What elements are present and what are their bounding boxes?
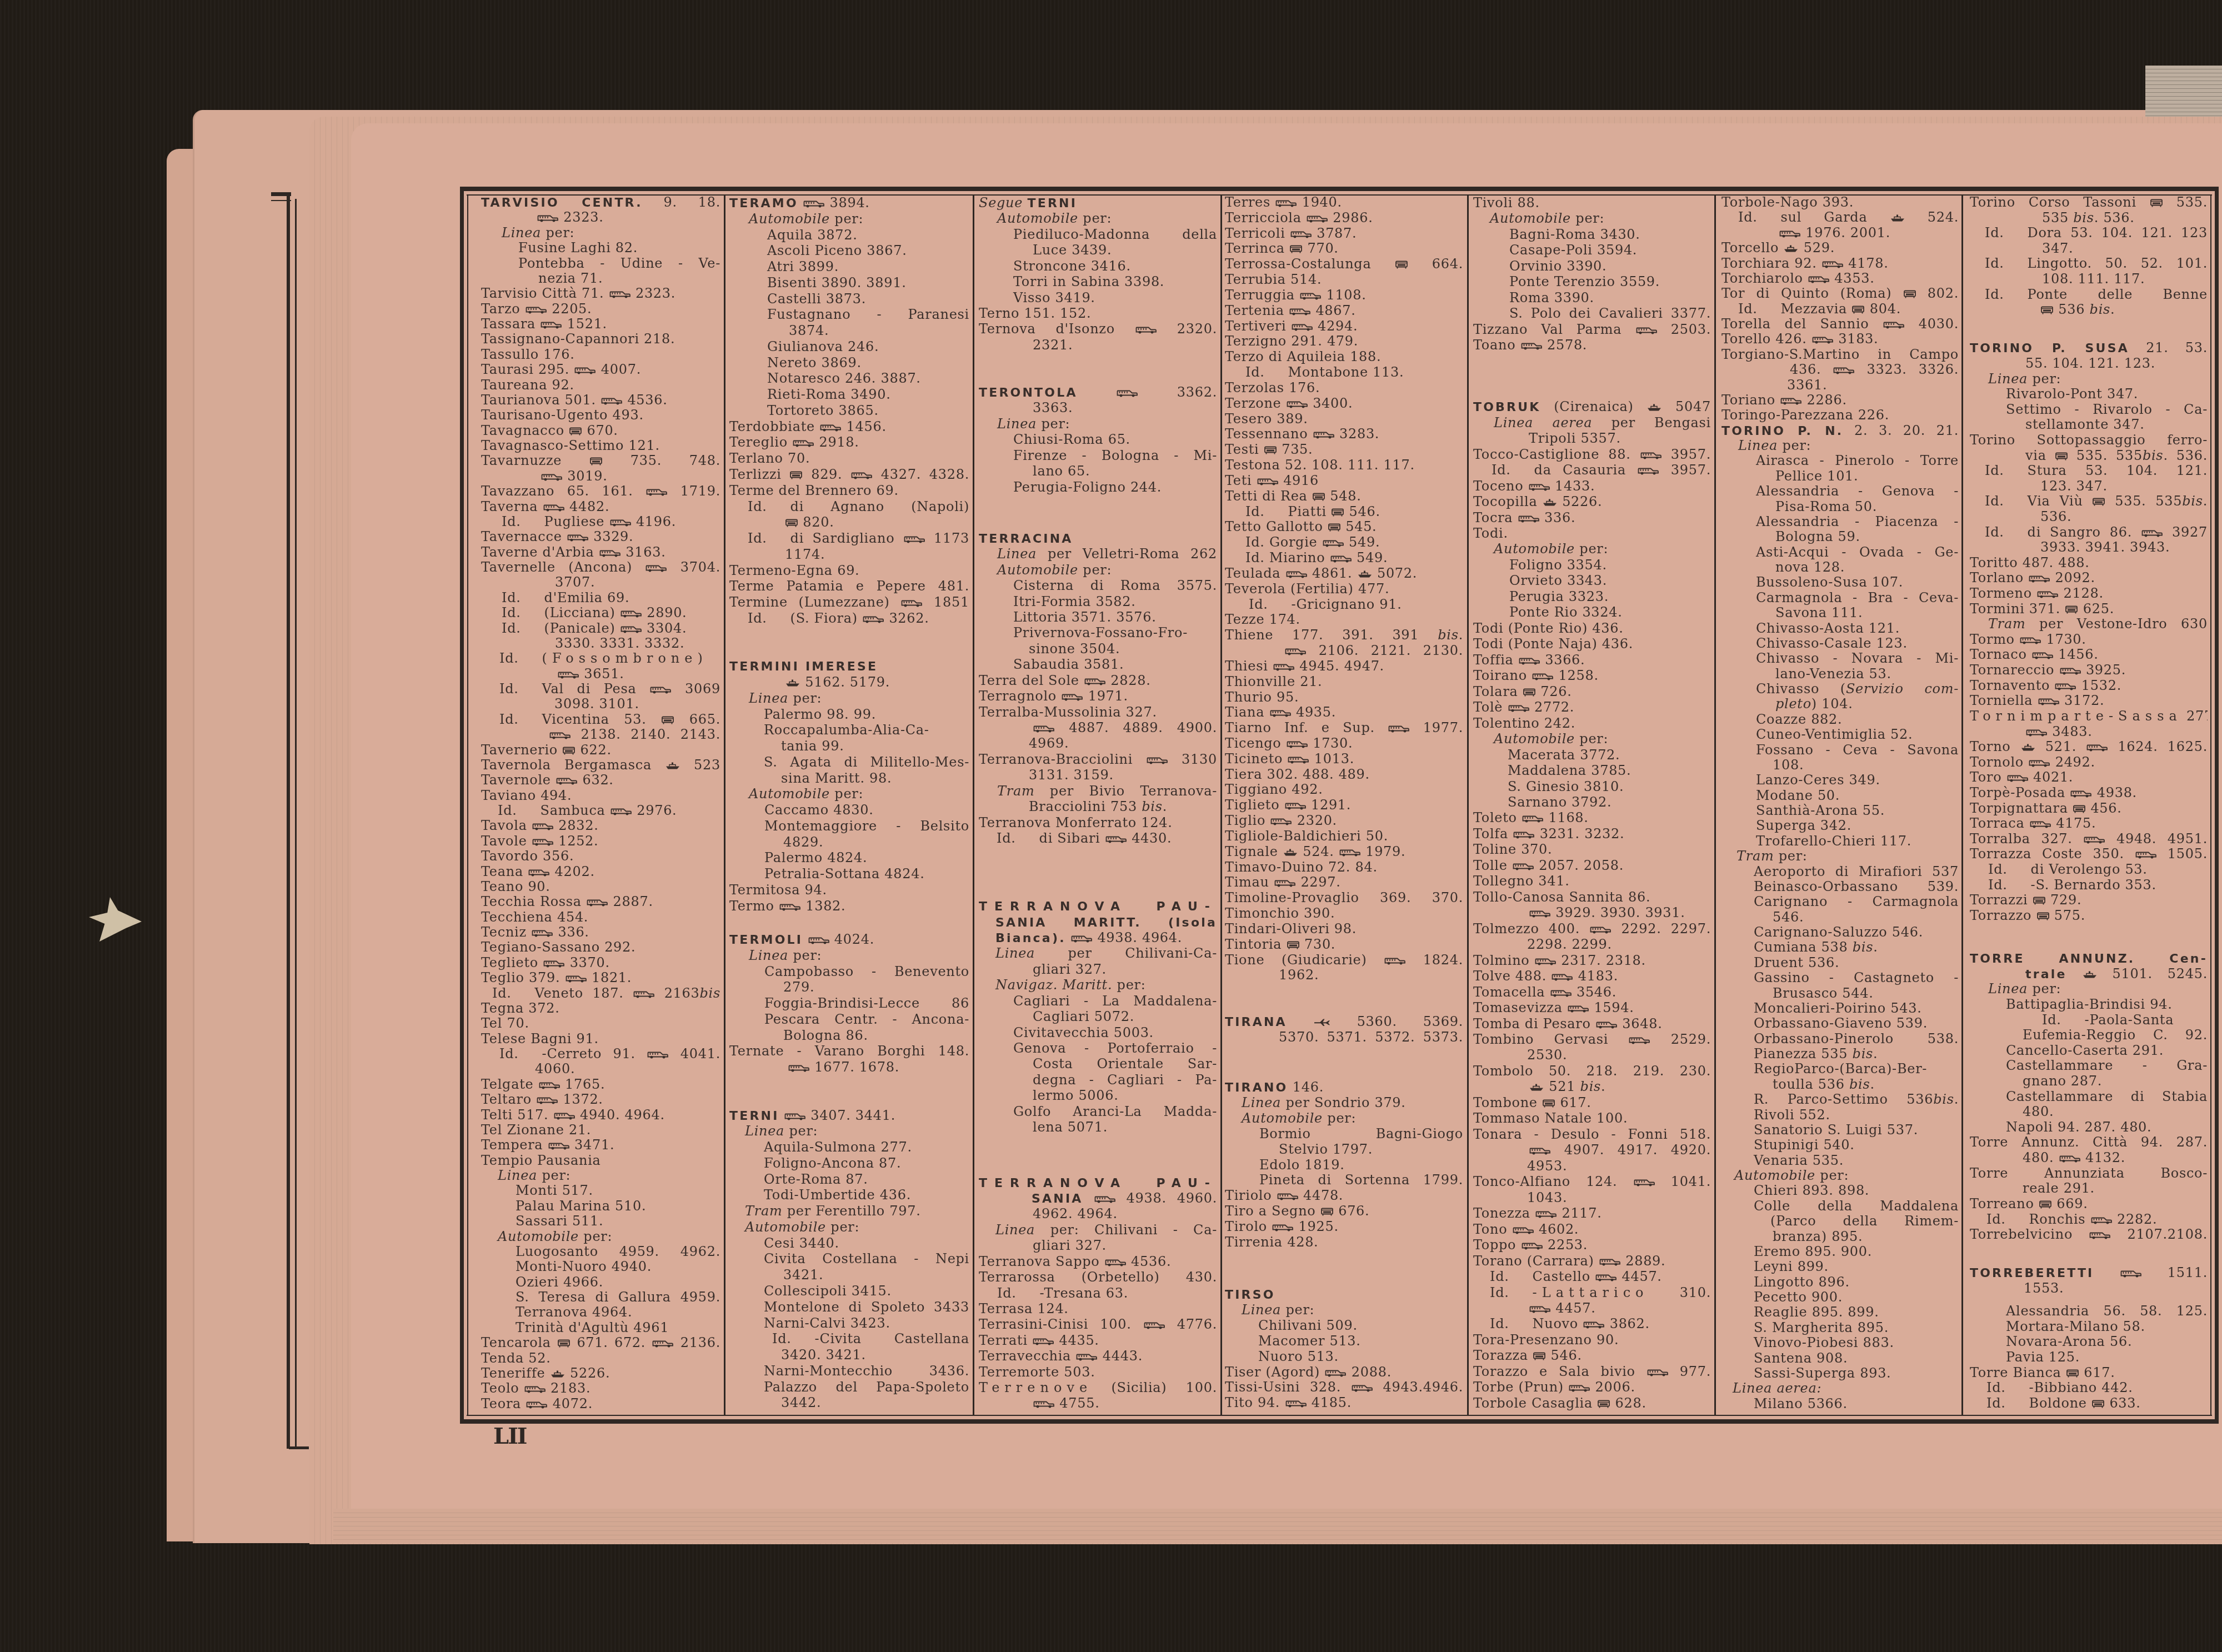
- index-entry: Tormo 1730.: [1970, 632, 2208, 648]
- index-subentry: Sassi-Superga 893.: [1721, 1366, 1959, 1381]
- index-subentry: Id.-S. Bernardo 353.: [1970, 878, 2208, 893]
- tram-icon: [2066, 1369, 2079, 1378]
- bus-icon: [1285, 1400, 1307, 1408]
- tram-icon: [2065, 605, 2078, 614]
- index-subentry: lano-Venezia 53.: [1721, 667, 1959, 682]
- bus-icon: [1569, 1384, 1590, 1392]
- index-entry: Todi.: [1473, 525, 1711, 541]
- index-entry: Ternova d'Isonzo 2320.: [979, 321, 1217, 337]
- index-subentry: Narni-Montecchio 3436.: [729, 1363, 969, 1379]
- bus-icon: [543, 960, 564, 968]
- bus-icon: [1535, 1210, 1557, 1218]
- index-entry: Teolo 2183.: [481, 1381, 720, 1396]
- heading-text: TERNI: [729, 1109, 779, 1123]
- index-entry: Terrenove (Sicilia) 100.: [979, 1380, 1217, 1395]
- bus-icon: [610, 519, 631, 527]
- index-entry: Tezze 174.: [1225, 612, 1463, 628]
- tram-icon: [2033, 897, 2045, 905]
- index-subentry: Id.Veneto 187. 2163bis: [481, 986, 720, 1001]
- station-heading: SANIA 4938. 4960.: [979, 1190, 1217, 1206]
- index-entry: Tertiveri 4294.: [1225, 319, 1463, 334]
- heading-text: trale: [2025, 968, 2067, 982]
- tram-icon: [1332, 508, 1344, 517]
- index-entry: Terrasa 124.: [979, 1301, 1217, 1316]
- index-entry: Torbe (Prun) 2006.: [1473, 1379, 1711, 1395]
- index-subentry: Ozieri 4966.: [481, 1275, 720, 1290]
- ship-icon: [1543, 499, 1557, 507]
- italic-label: bis: [700, 986, 720, 1001]
- index-entry: Tolara 726.: [1473, 684, 1711, 699]
- index-subentry: Macomer 513.: [1225, 1334, 1463, 1349]
- spaced-text: (Fossombrone): [542, 651, 708, 666]
- index-entry: Tormeno 2128.: [1970, 586, 2208, 602]
- tram-icon: [2092, 1400, 2104, 1408]
- index-subentry: Cagliari 5072.: [979, 1009, 1217, 1024]
- index-subentry: 4962. 4964.: [979, 1206, 1217, 1222]
- index-subentry: 4457.: [1473, 1300, 1711, 1316]
- index-entry: Timonchio 390.: [1225, 906, 1463, 922]
- index-entry: Tavernacce 3329.: [481, 529, 720, 544]
- ship-icon: [2021, 744, 2035, 752]
- station-heading: TERAMO 3894.: [729, 195, 969, 211]
- index-subentry: Id.-Paola-Santa: [1970, 1013, 2208, 1028]
- bus-icon: [1522, 1242, 1543, 1250]
- index-subentry: Automobile per:: [979, 211, 1217, 226]
- index-subentry: Id.-Gricignano 91.: [1225, 597, 1463, 613]
- index-entry: Taurisano-Ugento 493.: [481, 408, 720, 423]
- index-subentry: S. Ginesio 3810.: [1473, 779, 1711, 794]
- index-entry: Torre Annunz. Città 94. 287.: [1970, 1135, 2208, 1150]
- index-subentry: pleto) 104.: [1721, 697, 1959, 712]
- bus-icon: [2141, 529, 2163, 537]
- tram-icon: [1598, 1400, 1610, 1408]
- heading-text: TIRANA: [1225, 1015, 1287, 1029]
- tram-icon: [785, 519, 798, 527]
- bus-icon: [1330, 555, 1352, 563]
- box-border-left-inner: [467, 194, 468, 1415]
- index-subentry: 3420. 3421.: [729, 1347, 969, 1363]
- index-entry: Torre Bianca 617.: [1970, 1365, 2208, 1381]
- heading-text: Bianca).: [995, 932, 1066, 945]
- bus-icon: [1352, 1384, 1373, 1392]
- bus-icon: [599, 549, 620, 557]
- spaced-text: Terrenove: [979, 1380, 1092, 1395]
- index-subentry: Linea per:: [481, 1168, 720, 1183]
- bus-icon: [1076, 1353, 1097, 1361]
- index-entry: Tor di Quinto (Roma) 802.: [1721, 286, 1959, 301]
- bus-icon: [646, 488, 667, 496]
- index-subentry: Campobasso - Benevento: [729, 964, 969, 980]
- index-subentry: Id.-Lattarico 310.: [1473, 1285, 1711, 1300]
- index-subentry: Chivasso (Servizio com-: [1721, 682, 1959, 697]
- index-entry: Tissi-Usini 328. 4943.4946.: [1225, 1380, 1463, 1395]
- index-subentry: Id. Miarino 549.: [1225, 550, 1463, 566]
- index-subentry: Id.Stura 53. 104. 121.: [1970, 463, 2208, 479]
- index-subentry: 480.: [1970, 1104, 2208, 1120]
- index-entry: Teora 4072.: [481, 1396, 720, 1411]
- index-subentry: 123. 347.: [1970, 479, 2208, 494]
- bus-icon: [1535, 958, 1556, 965]
- index-subentry: Foligno-Ancona 87.: [729, 1155, 969, 1172]
- bus-icon: [2055, 683, 2076, 690]
- index-entry: Tonara - Desulo - Fonni 518.: [1473, 1127, 1711, 1142]
- index-entry: Thionville 21.: [1225, 674, 1463, 690]
- index-column-3: Segue TERNIAutomobile per:Piediluco-Mado…: [979, 195, 1217, 1411]
- index-subentry: 535 bis. 536.: [1970, 211, 2208, 226]
- heading-text: TERRACINA: [979, 532, 1073, 546]
- index-entry: Teti 4916: [1225, 473, 1463, 489]
- heading-text: TERONTOLA: [979, 386, 1078, 400]
- index-entry: Taverna 4482.: [481, 499, 720, 514]
- index-subentry: Moncalieri-Poirino 543.: [1721, 1001, 1959, 1016]
- index-entry: Tesero 389.: [1225, 412, 1463, 427]
- index-subentry: 2298. 2299.: [1473, 937, 1711, 952]
- index-subentry: Linea per:: [1970, 982, 2208, 997]
- index-entry: Terrati 4435.: [979, 1333, 1217, 1348]
- column-rule: [1220, 196, 1222, 1415]
- bus-icon: [532, 838, 553, 846]
- index-subentry: Foggia-Brindisi-Lecce 86: [729, 995, 969, 1012]
- index-entry: Tecchia Rossa 2887.: [481, 894, 720, 909]
- italic-label: bis: [2143, 448, 2163, 463]
- index-entry: Torchiarolo 4353.: [1721, 271, 1959, 286]
- section-spacer: [1473, 353, 1711, 399]
- index-entry: Tigliole-Baldichieri 50.: [1225, 829, 1463, 844]
- index-entry: Torino Sottopassaggio ferro-: [1970, 433, 2208, 448]
- index-subentry: 2323.: [481, 210, 720, 225]
- index-subentry: Linea per:: [979, 416, 1217, 432]
- index-entry: Tavernelle (Ancona) 3704.: [481, 560, 720, 575]
- index-entry: Tel 70.: [481, 1016, 720, 1031]
- index-subentry: Genova - Portoferraio -: [979, 1040, 1217, 1056]
- index-entry: Taviano 494.: [481, 788, 720, 803]
- index-entry: Tempera 3471.: [481, 1138, 720, 1153]
- index-subentry: Pineta di Sortenna 1799.: [1225, 1173, 1463, 1188]
- index-subentry: Automobile per:: [481, 1229, 720, 1244]
- index-subentry: 521 bis.: [1473, 1079, 1711, 1094]
- box-border-bottom: [460, 1419, 2219, 1424]
- index-subentry: Stroncone 3416.: [979, 258, 1217, 274]
- index-subentry: Foligno 3354.: [1473, 557, 1711, 573]
- index-subentry: Chivasso-Casale 123.: [1721, 636, 1959, 651]
- index-entry: Terranova-Bracciolini 3130: [979, 752, 1217, 767]
- bus-icon: [1529, 910, 1550, 918]
- bus-icon: [1286, 570, 1307, 578]
- italic-label: Linea: [1242, 1303, 1281, 1318]
- column-rule: [724, 196, 725, 1415]
- index-subentry: Ascoli Piceno 3867.: [729, 243, 969, 259]
- index-entry: Torgiano-S.Martino in Campo: [1721, 347, 1959, 362]
- index-entry: Torbole Casaglia 628.: [1473, 1395, 1711, 1411]
- index-entry: Teverola (Fertilia) 477.: [1225, 582, 1463, 597]
- bus-icon: [1105, 1259, 1126, 1266]
- index-subentry: gliari 327.: [979, 962, 1217, 977]
- index-subentry: Id.d'Emilia 69.: [481, 590, 720, 605]
- bus-icon: [1518, 515, 1539, 523]
- index-subentry: 3442.: [729, 1395, 969, 1411]
- index-subentry: Pellice 101.: [1721, 469, 1959, 484]
- index-subentry: Orte-Roma 87.: [729, 1172, 969, 1188]
- index-subentry: Tram per Vestone-Idro 630: [1970, 617, 2208, 632]
- bus-icon: [1568, 1005, 1589, 1013]
- heading-text: TIRSO: [1225, 1288, 1275, 1302]
- index-entry: Tignale 524. 1979.: [1225, 844, 1463, 860]
- bus-icon: [1529, 1305, 1550, 1313]
- index-subentry: Superga 342.: [1721, 818, 1959, 833]
- index-subentry: Id.-Cerreto 91. 4041.: [481, 1047, 720, 1062]
- index-entry: Todi (Ponte Naja) 436.: [1473, 636, 1711, 652]
- bus-icon: [1629, 1037, 1650, 1044]
- index-subentry: Caccamo 4830.: [729, 802, 969, 818]
- index-entry: Tiana 4935.: [1225, 705, 1463, 720]
- column-rule: [1467, 196, 1469, 1415]
- section-spacer: [1970, 1296, 2208, 1304]
- index-subentry: 1962.: [1225, 968, 1463, 983]
- index-entry: Tombolo 50. 218. 219. 230.: [1473, 1063, 1711, 1079]
- index-subentry: Id.Montabone 113.: [1225, 365, 1463, 381]
- bus-icon: [863, 615, 884, 623]
- index-subentry: lermo 5006.: [979, 1088, 1217, 1103]
- index-subentry: Id.Castello 4457.: [1473, 1269, 1711, 1284]
- index-entry: Teano 90.: [481, 879, 720, 894]
- bus-icon: [2120, 1270, 2141, 1278]
- index-subentry: Linea per:: [729, 1123, 969, 1139]
- index-subentry: Linea aerea per Bengasi: [1473, 415, 1711, 430]
- index-entry: Tegiano-Sassano 292.: [481, 940, 720, 955]
- index-subentry: Castellammare di Stabia: [1970, 1089, 2208, 1105]
- section-spacer: [729, 1075, 969, 1108]
- index-entry: Tiriolo 4478.: [1225, 1188, 1463, 1204]
- index-subentry: Id.Ponte delle Benne: [1970, 287, 2208, 303]
- index-entry: Terzolas 176.: [1225, 381, 1463, 396]
- ship-icon: [1784, 245, 1798, 253]
- index-subentry: Orvieto 3343.: [1473, 573, 1711, 588]
- tram-icon: [2150, 199, 2163, 207]
- bus-icon: [1780, 397, 1801, 405]
- index-subentry: 108.: [1721, 758, 1959, 773]
- index-subentry: Firenze - Bologna - Mi-: [979, 448, 1217, 463]
- bus-icon: [554, 1112, 575, 1120]
- index-subentry: Palermo 98. 99.: [729, 707, 969, 723]
- heading-text-spaced: TERRANOVA PAU-: [979, 900, 1217, 914]
- index-subentry: 5370. 5371. 5372. 5373.: [1225, 1030, 1463, 1045]
- italic-label: Linea: [749, 690, 788, 706]
- bus-icon: [1144, 1321, 1165, 1329]
- index-entry: Teana 4202.: [481, 864, 720, 879]
- index-subentry: Nuoro 513.: [1225, 1349, 1463, 1365]
- tram-icon: [1313, 493, 1325, 501]
- bus-icon: [1808, 276, 1829, 283]
- tram-icon: [1395, 261, 1408, 269]
- index-entry: Thiene 177. 391. 391 bis.: [1225, 628, 1463, 643]
- index-entry: Tempio Pausania: [481, 1153, 720, 1168]
- index-subentry: Monti-Nuoro 4940.: [481, 1259, 720, 1274]
- bus-icon: [1522, 815, 1543, 823]
- index-subentry: 3361.: [1721, 378, 1959, 393]
- index-subentry: Golfo Aranci-La Madda-: [979, 1104, 1217, 1119]
- bus-icon: [2060, 667, 2081, 675]
- italic-label: bis: [2073, 211, 2094, 226]
- index-entry: Ticineto 1013.: [1225, 752, 1463, 767]
- index-subentry: Airasca - Pinerolo - Torre: [1721, 453, 1959, 468]
- index-subentry: 3330. 3331. 3332.: [481, 636, 720, 651]
- index-subentry: Carignano - Carmagnola: [1721, 894, 1959, 909]
- index-subentry: 4755.: [979, 1395, 1217, 1411]
- index-entry: Todi (Ponte Rio) 436.: [1473, 620, 1711, 636]
- index-subentry: 3363.: [979, 400, 1217, 415]
- index-entry: Terrubia 514.: [1225, 272, 1463, 288]
- italic-label: Automobile: [997, 211, 1078, 226]
- index-entry: Taureana 92.: [481, 378, 720, 393]
- index-subentry: 536 bis.: [1970, 302, 2208, 318]
- bus-icon: [2037, 590, 2058, 598]
- index-entry: Terravecchia 4443.: [979, 1348, 1217, 1364]
- station-heading: trale 5101. 5245.: [1970, 967, 2208, 982]
- index-entry: Toritto 487. 488.: [1970, 555, 2208, 571]
- bus-icon: [1285, 802, 1306, 810]
- index-subentry: Eufemia-Reggio C. 92.: [1970, 1028, 2208, 1043]
- bus-icon: [2038, 698, 2059, 705]
- index-entry: Tavole 1252.: [481, 834, 720, 849]
- index-subentry: Modane 50.: [1721, 788, 1959, 803]
- index-entry: Toleto 1168.: [1473, 810, 1711, 825]
- bus-icon: [2091, 1217, 2112, 1224]
- index-entry: Tavernerio 622.: [481, 743, 720, 758]
- index-subentry: 5162. 5179.: [729, 674, 969, 690]
- index-subentry: Linea per Sondrio 379.: [1225, 1095, 1463, 1111]
- index-subentry: Rieti-Roma 3490.: [729, 387, 969, 403]
- index-entry: Tommaso Natale 100.: [1473, 1110, 1711, 1126]
- index-subentry: Automobile per:: [979, 562, 1217, 578]
- bus-icon: [1289, 308, 1310, 316]
- ship-icon: [1529, 1084, 1544, 1092]
- ship-icon: [1358, 570, 1372, 578]
- bus-icon: [1275, 199, 1297, 207]
- index-subentry: Id.-Bibbiano 442.: [1970, 1380, 2208, 1396]
- index-subentry: Linea per:: [1970, 372, 2208, 387]
- section-spacer: [1225, 1250, 1463, 1288]
- index-subentry: Id.sul Garda 524.: [1721, 210, 1959, 225]
- bus-icon: [1647, 1369, 1668, 1376]
- index-entry: Torniella 3172.: [1970, 693, 2208, 709]
- bus-icon: [567, 534, 588, 542]
- index-subentry: Settimo - Rivarolo - Ca-: [1970, 402, 2208, 418]
- index-subentry: Stupinigi 540.: [1721, 1138, 1959, 1153]
- bus-icon: [2029, 759, 2050, 767]
- index-subentry: Venaria 535.: [1721, 1153, 1959, 1168]
- index-subentry: Perugia 3323.: [1473, 589, 1711, 604]
- index-entry: Tolmezzo 400. 2292. 2297.: [1473, 921, 1711, 937]
- index-entry: Torrebelvicino 2107.2108.: [1970, 1227, 2208, 1243]
- italic-label: Linea: [995, 1222, 1035, 1238]
- bus-icon: [1272, 1224, 1293, 1232]
- bus-icon: [788, 1064, 809, 1072]
- index-entry: Terranova Monferrato 124.: [979, 815, 1217, 830]
- index-entry: Torlano 2092.: [1970, 570, 2208, 586]
- index-subentry: Id.Boldone 633.: [1970, 1396, 2208, 1411]
- bus-icon: [1529, 483, 1550, 491]
- index-subentry: 2530.: [1473, 1047, 1711, 1063]
- tram-icon: [2093, 498, 2105, 506]
- index-subentry: Coazze 882.: [1721, 712, 1959, 727]
- index-entry: Terzigno 291. 479.: [1225, 334, 1463, 349]
- section-spacer: [1970, 318, 2208, 341]
- bus-icon: [532, 929, 553, 937]
- bus-icon: [1094, 1195, 1115, 1203]
- index-subentry: 3098. 3101.: [481, 697, 720, 712]
- heading-text: TERNI: [1028, 197, 1078, 211]
- index-subentry: Eremo 895. 900.: [1721, 1244, 1959, 1259]
- index-subentry: Narni-Calvi 3423.: [729, 1315, 969, 1331]
- tram-icon: [1290, 245, 1302, 253]
- index-subentry: 4060.: [481, 1062, 720, 1077]
- index-subentry: Id.da Casauria 3957.: [1473, 462, 1711, 478]
- index-subentry: sinone 3504.: [979, 641, 1217, 657]
- index-subentry: Id.(S. Fiora) 3262.: [729, 610, 969, 627]
- index-entry: Tavola 2832.: [481, 818, 720, 833]
- italic-label: bis: [1849, 1077, 1870, 1092]
- index-subentry: RegioParco-(Barca)-Ber-: [1721, 1062, 1959, 1077]
- bus-icon: [2007, 774, 2028, 782]
- italic-label: Linea: [502, 226, 541, 241]
- index-entry: Thiesi 4945. 4947.: [1225, 659, 1463, 674]
- heading-text: TORREBERETTI: [1970, 1266, 2094, 1280]
- index-subentry: Nereto 3869.: [729, 355, 969, 371]
- index-entry: Termeno-Egna 69.: [729, 563, 969, 579]
- index-subentry: Id.-Tresana 63.: [979, 1285, 1217, 1301]
- index-subentry: Id.di Sangro 86. 3927: [1970, 525, 2208, 540]
- index-subentry: Luogosanto 4959. 4962.: [481, 1244, 720, 1259]
- index-subentry: 536.: [1970, 509, 2208, 525]
- bus-icon: [524, 1385, 546, 1393]
- index-entry: Torreano 669.: [1970, 1197, 2208, 1212]
- index-subentry: Linea per:: [1225, 1303, 1463, 1318]
- bus-icon: [1325, 1369, 1346, 1377]
- italic-label: Automobile: [1490, 211, 1571, 226]
- index-subentry: Rivarolo-Pont 347.: [1970, 387, 2208, 402]
- index-subentry: Sanatorio S. Luigi 537.: [1721, 1123, 1959, 1138]
- index-column-1: TARVISIO CENTR. 9. 18. 2323.Linea per:Fu…: [481, 195, 720, 1411]
- italic-label: bis: [1142, 799, 1162, 814]
- index-subentry: Cuneo-Ventimiglia 52.: [1721, 727, 1959, 742]
- index-subentry: Alessandria 56. 58. 125.: [1970, 1304, 2208, 1319]
- bus-icon: [1033, 1338, 1054, 1345]
- index-entry: Terlano 70.: [729, 450, 969, 467]
- index-entry: Toro 4021.: [1970, 770, 2208, 785]
- index-subentry: toulla 536 bis.: [1721, 1077, 1959, 1092]
- index-subentry: Castellammare - Gra-: [1970, 1058, 2208, 1074]
- section-spacer: [979, 353, 1217, 384]
- index-subentry: Ponte Terenzio 3559.: [1473, 274, 1711, 289]
- bus-icon: [784, 1113, 805, 1120]
- index-entry: Teltaro 1372.: [481, 1092, 720, 1107]
- index-entry: Telgate 1765.: [481, 1077, 720, 1092]
- bus-icon: [541, 473, 562, 481]
- index-subentry: 108. 111. 117.: [1970, 272, 2208, 287]
- index-subentry: Tortoreto 3865.: [729, 403, 969, 419]
- index-entry: Telese Bagni 91.: [481, 1032, 720, 1047]
- italic-label: Linea: [1988, 982, 2028, 997]
- bus-icon: [539, 1082, 560, 1089]
- heading-text: TORRE ANNUNZ. Cen-: [1970, 952, 2208, 966]
- index-subentry: Sarnano 3792.: [1473, 794, 1711, 810]
- bus-icon: [537, 1097, 558, 1104]
- index-subentry: 1553.: [1970, 1281, 2208, 1296]
- bus-icon: [1292, 323, 1313, 331]
- index-entry: Terricoli 3787.: [1225, 226, 1463, 242]
- bus-icon: [1833, 367, 1854, 374]
- index-subentry: Atri 3899.: [729, 259, 969, 275]
